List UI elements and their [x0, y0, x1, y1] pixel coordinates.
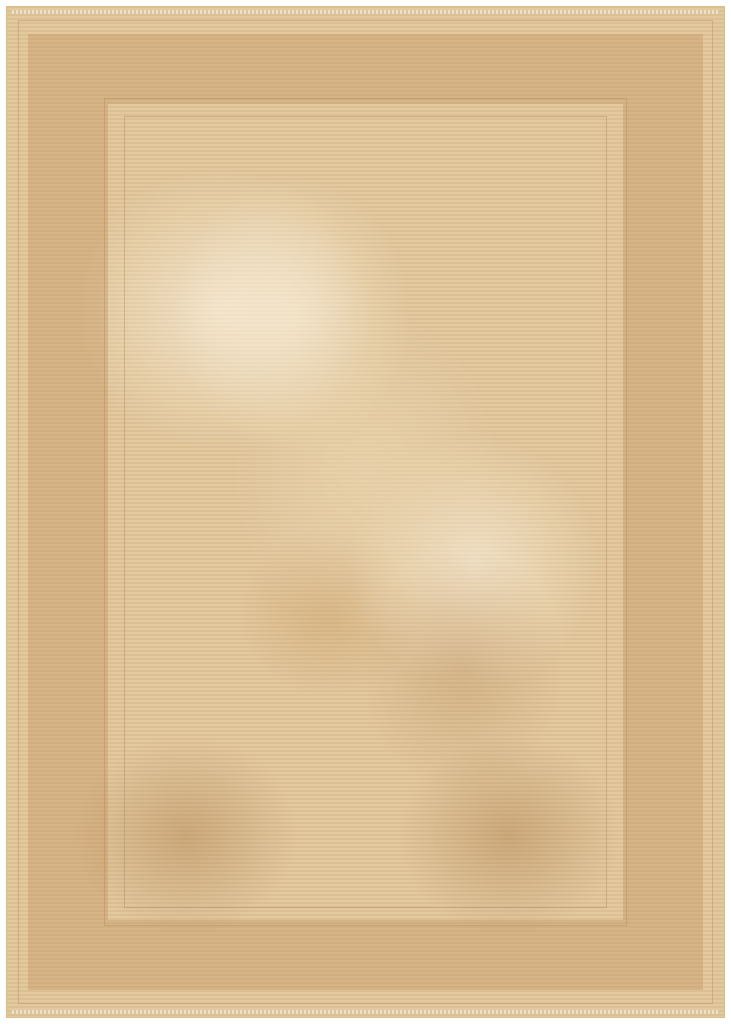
- fringe-bottom: [12, 1010, 719, 1014]
- central-field: [124, 116, 607, 908]
- fringe-top: [12, 10, 719, 14]
- rug: [6, 6, 725, 1018]
